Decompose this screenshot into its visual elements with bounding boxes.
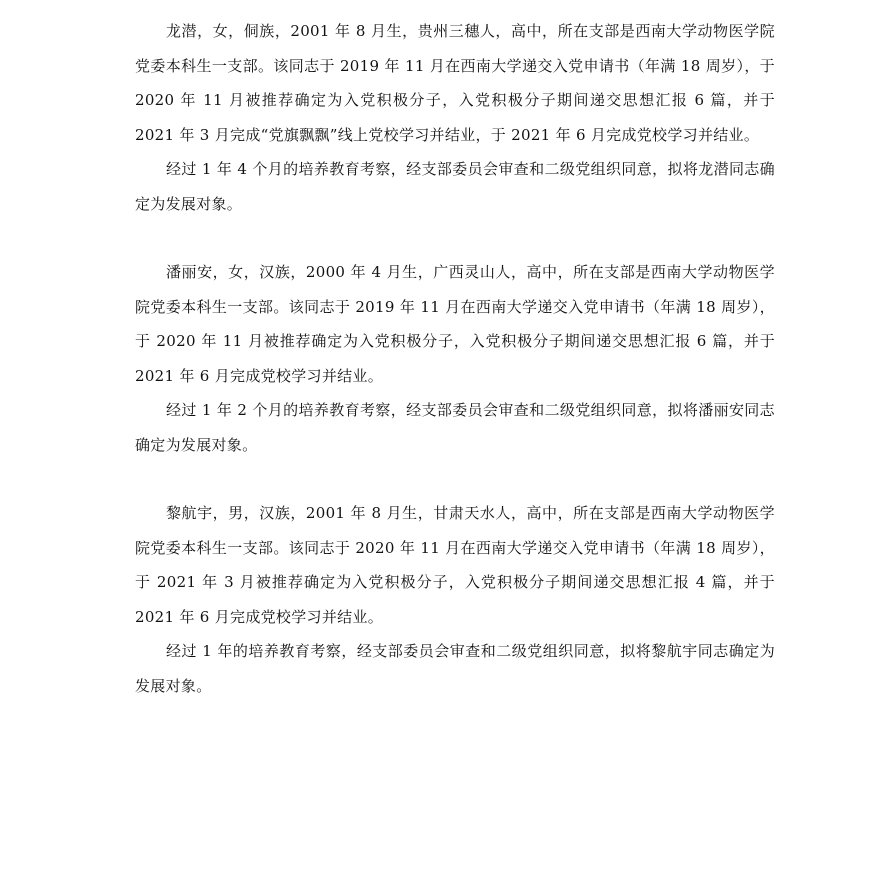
candidate-conclusion-paragraph: 经过 1 年 2 个月的培养教育考察，经支部委员会审查和二级党组织同意，拟将潘丽…: [135, 393, 775, 462]
candidate-conclusion-paragraph: 经过 1 年 4 个月的培养教育考察，经支部委员会审查和二级党组织同意，拟将龙潜…: [135, 152, 775, 221]
candidate-bio-paragraph: 黎航宇，男，汉族，2001 年 8 月生，甘肃天水人，高中，所在支部是西南大学动…: [135, 496, 775, 634]
section-spacer: [135, 221, 775, 255]
candidate-section-lihangyu: 黎航宇，男，汉族，2001 年 8 月生，甘肃天水人，高中，所在支部是西南大学动…: [135, 496, 775, 703]
candidate-conclusion-paragraph: 经过 1 年的培养教育考察，经支部委员会审查和二级党组织同意，拟将黎航宇同志确定…: [135, 634, 775, 703]
document-page: 龙潜，女，侗族，2001 年 8 月生，贵州三穗人，高中，所在支部是西南大学动物…: [135, 14, 775, 703]
section-spacer: [135, 462, 775, 496]
candidate-bio-paragraph: 潘丽安，女，汉族，2000 年 4 月生，广西灵山人，高中，所在支部是西南大学动…: [135, 255, 775, 393]
candidate-bio-paragraph: 龙潜，女，侗族，2001 年 8 月生，贵州三穗人，高中，所在支部是西南大学动物…: [135, 14, 775, 152]
candidate-section-longqian: 龙潜，女，侗族，2001 年 8 月生，贵州三穗人，高中，所在支部是西南大学动物…: [135, 14, 775, 221]
candidate-section-panlian: 潘丽安，女，汉族，2000 年 4 月生，广西灵山人，高中，所在支部是西南大学动…: [135, 255, 775, 462]
